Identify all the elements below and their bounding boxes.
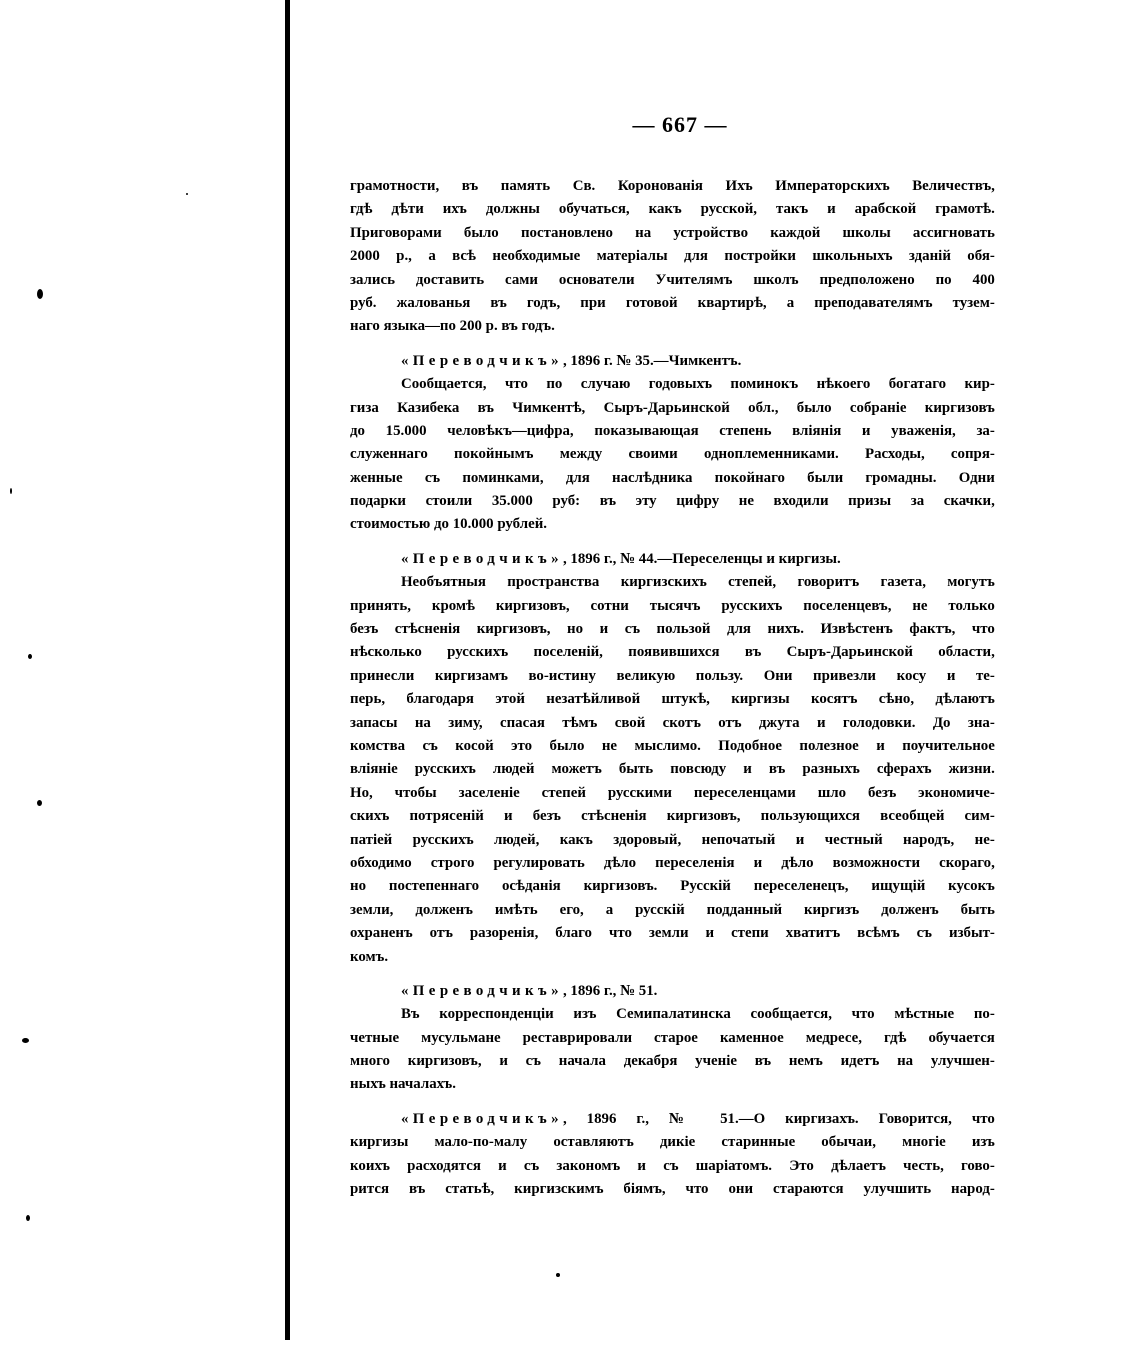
page-number: — 667 —	[620, 112, 740, 138]
text-line: зались доставить сами основатели Учителя…	[350, 268, 995, 291]
text-line: комства съ косой это было не мыслимо. По…	[350, 734, 995, 757]
text-line: женные съ поминками, для наслѣдника поко…	[350, 466, 995, 489]
text-line: Сообщается, что по случаю годовыхъ помин…	[350, 372, 995, 395]
text-line: охраненъ отъ разоренія, благо что земли …	[350, 921, 995, 944]
text-line: наго языка—по 200 р. въ годъ.	[350, 314, 995, 337]
text-line: гдѣ дѣти ихъ должны обучаться, какъ русс…	[350, 197, 995, 220]
text-line: грамотности, въ память Св. Коронованія И…	[350, 174, 995, 197]
text-line: рится въ статьѣ, киргизскимъ біямъ, что …	[350, 1177, 995, 1200]
margin-speck	[10, 488, 12, 494]
source-title: «Переводчикъ»	[401, 550, 563, 567]
source-title: «Переводчикъ»	[401, 352, 563, 369]
section-kirghiz: «Переводчикъ», 1896 г., № 51.—О киргизах…	[350, 1107, 1008, 1201]
text-line: принять, кромѣ киргизовъ, сотни тысячъ р…	[350, 594, 995, 617]
text-line: нѣсколько русскихъ поселеній, появившихс…	[350, 640, 995, 663]
text-line: земли, долженъ имѣть его, а русскій подд…	[350, 898, 995, 921]
source-details: , 1896 г. № 35.—Чимкентъ.	[563, 352, 741, 369]
source-title: «Переводчикъ»	[401, 982, 563, 999]
text-column: грамотности, въ память Св. Коронованія И…	[350, 174, 1008, 1200]
text-line: Но, чтобы заселеніе степей русскими пере…	[350, 781, 995, 804]
text-line: много киргизовъ, и съ начала декабря уче…	[350, 1049, 995, 1072]
section-heading: «Переводчикъ», 1896 г., № 51.—О киргизах…	[350, 1107, 995, 1130]
text-line: гиза Казибека въ Чимкентѣ, Сыръ-Дарьинск…	[350, 396, 995, 419]
text-line: патіей русскихъ людей, какъ здоровый, не…	[350, 828, 995, 851]
section-chimkent: «Переводчикъ», 1896 г. № 35.—Чимкентъ. С…	[350, 349, 1008, 536]
source-details: , 1896 г., № 44.—Переселенцы и киргизы.	[563, 550, 841, 567]
text-line: стоимостью до 10.000 рублей.	[350, 512, 995, 535]
section-settlers: «Переводчикъ», 1896 г., № 44.—Переселенц…	[350, 547, 1008, 968]
text-line: Въ корреспонденціи изъ Семипалатинска со…	[350, 1002, 995, 1025]
margin-speck	[186, 193, 188, 195]
text-line: скихъ потрясеній и безъ стѣсненія киргиз…	[350, 804, 995, 827]
text-line: принесли киргизамъ во-истину великую пол…	[350, 664, 995, 687]
section-heading: «Переводчикъ», 1896 г. № 35.—Чимкентъ.	[350, 349, 995, 372]
text-line: безъ стѣсненія киргизовъ, но и съ пользо…	[350, 617, 995, 640]
text-line: ныхъ началахъ.	[350, 1072, 995, 1095]
margin-speck	[28, 654, 32, 659]
section-heading: «Переводчикъ», 1896 г., № 44.—Переселенц…	[350, 547, 995, 570]
page-rule	[285, 0, 290, 1340]
text-line: подарки стоили 35.000 руб: въ эту цифру …	[350, 489, 995, 512]
source-details: , 1896 г., № 51.—О киргизахъ. Говорится,…	[563, 1110, 995, 1127]
text-line: киргизы мало-по-малу оставляютъ дикіе ст…	[350, 1130, 995, 1153]
text-line: коихъ расходятся и съ закономъ и съ шарі…	[350, 1154, 995, 1177]
text-line: но постепеннаго осѣданія киргизовъ. Русс…	[350, 874, 995, 897]
margin-speck	[26, 1215, 30, 1221]
text-line: служеннаго покойнымъ между своими однопл…	[350, 442, 995, 465]
margin-speck	[22, 1038, 29, 1043]
text-line: обходимо строго регулировать дѣло пересе…	[350, 851, 995, 874]
margin-speck	[37, 289, 43, 299]
text-line: Приговорами было постановлено на устройс…	[350, 221, 995, 244]
text-line: до 15.000 человѣкъ—цифра, показывающая с…	[350, 419, 995, 442]
text-line: вліяніе русскихъ людей можетъ быть повсю…	[350, 757, 995, 780]
text-line: перь, благодаря этой незатѣйливой штукѣ,…	[350, 687, 995, 710]
text-line: 2000 р., а всѣ необходимые матеріалы для…	[350, 244, 995, 267]
section-semipalatinsk: «Переводчикъ», 1896 г., № 51. Въ корресп…	[350, 979, 1008, 1096]
source-title: «Переводчикъ»	[401, 1110, 563, 1127]
text-line: четные мусульмане реставрировали старое …	[350, 1026, 995, 1049]
margin-speck	[37, 800, 42, 806]
source-details: , 1896 г., № 51.	[563, 982, 657, 999]
section-heading: «Переводчикъ», 1896 г., № 51.	[350, 979, 995, 1002]
paragraph-continuation: грамотности, въ память Св. Коронованія И…	[350, 174, 1008, 338]
text-line: комъ.	[350, 945, 995, 968]
text-line: запасы на зиму, спасая тѣмъ свой скотъ о…	[350, 711, 995, 734]
text-line: руб. жалованья въ годъ, при готовой квар…	[350, 291, 995, 314]
text-line: Необъятныя пространства киргизскихъ степ…	[350, 570, 995, 593]
margin-speck	[556, 1273, 560, 1277]
